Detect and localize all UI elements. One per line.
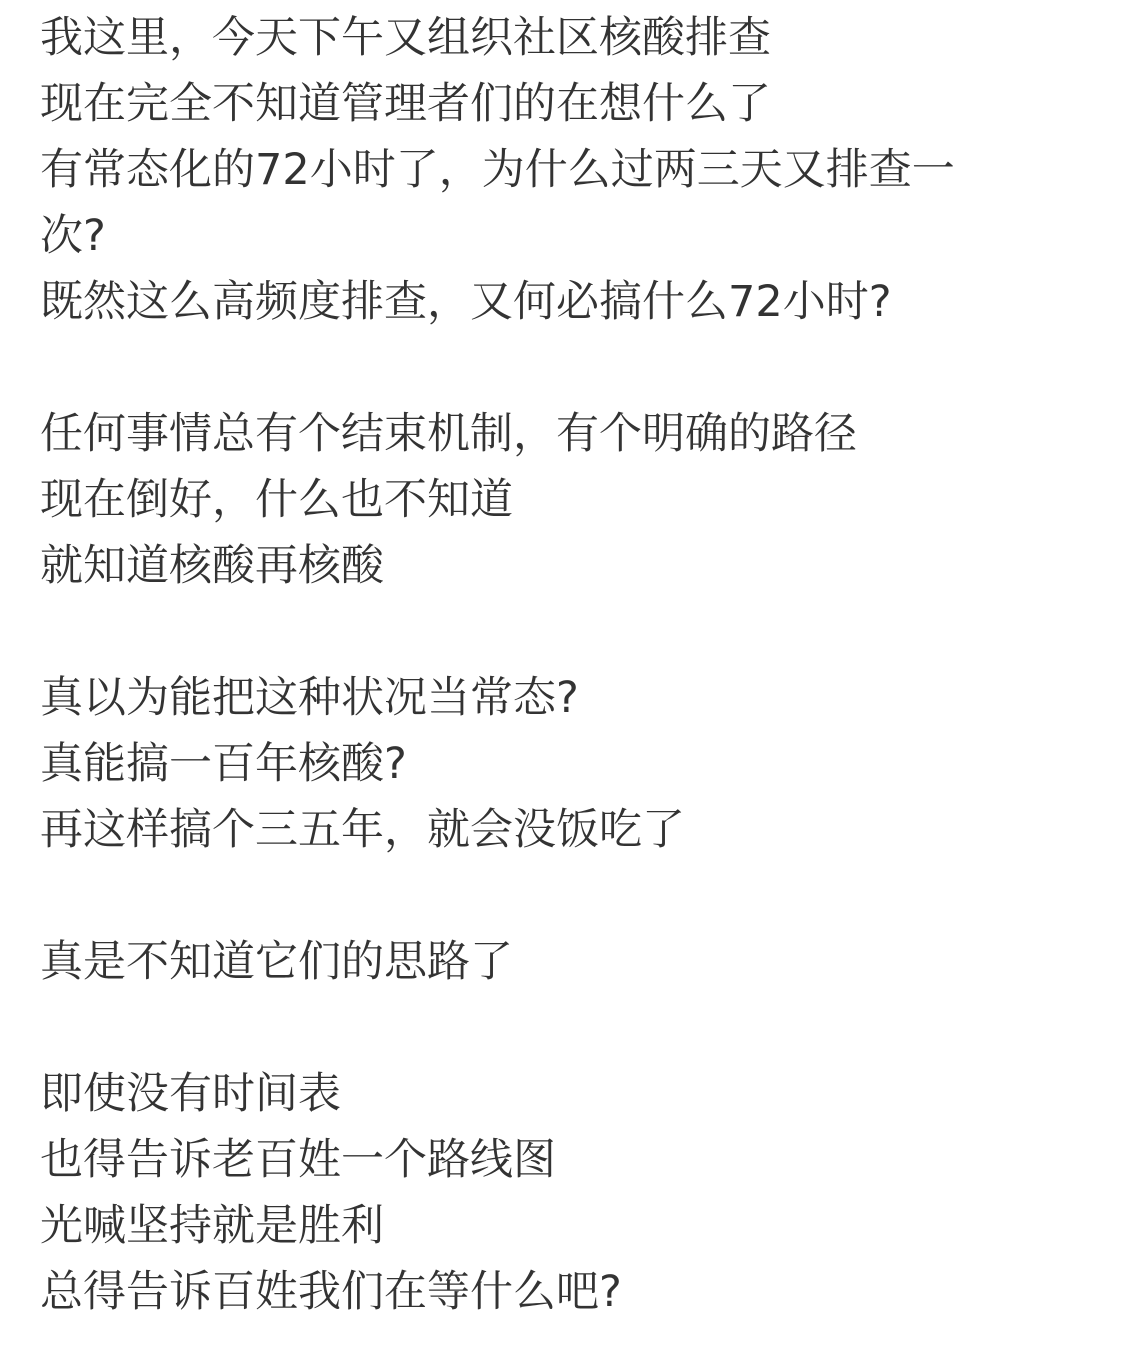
paragraph-2: 任何事情总有个结束机制，有个明确的路径 现在倒好，什么也不知道 就知道核酸再核酸 bbox=[40, 401, 1095, 599]
text-line: 现在倒好，什么也不知道 bbox=[40, 467, 1095, 533]
text-line: 再这样搞个三五年，就会没饭吃了 bbox=[40, 797, 1095, 863]
text-line: 总得告诉百姓我们在等什么吧? bbox=[40, 1259, 1095, 1325]
paragraph-1: 我这里，今天下午又组织社区核酸排查 现在完全不知道管理者们的在想什么了 有常态化… bbox=[40, 5, 1095, 335]
paragraph-spacer bbox=[40, 599, 1095, 665]
text-line: 现在完全不知道管理者们的在想什么了 bbox=[40, 71, 1095, 137]
text-line: 既然这么高频度排查，又何必搞什么72小时? bbox=[40, 269, 1095, 335]
text-line: 真能搞一百年核酸? bbox=[40, 731, 1095, 797]
paragraph-spacer bbox=[40, 863, 1095, 929]
text-line: 即使没有时间表 bbox=[40, 1061, 1095, 1127]
text-line: 任何事情总有个结束机制，有个明确的路径 bbox=[40, 401, 1095, 467]
text-line: 真以为能把这种状况当常态? bbox=[40, 665, 1095, 731]
paragraph-4: 真是不知道它们的思路了 bbox=[40, 929, 1095, 995]
text-line: 有常态化的72小时了，为什么过两三天又排查一 bbox=[40, 137, 1095, 203]
paragraph-5: 即使没有时间表 也得告诉老百姓一个路线图 光喊坚持就是胜利 总得告诉百姓我们在等… bbox=[40, 1061, 1095, 1325]
paragraph-3: 真以为能把这种状况当常态? 真能搞一百年核酸? 再这样搞个三五年，就会没饭吃了 bbox=[40, 665, 1095, 863]
text-line: 就知道核酸再核酸 bbox=[40, 533, 1095, 599]
post-body: 我这里，今天下午又组织社区核酸排查 现在完全不知道管理者们的在想什么了 有常态化… bbox=[40, 5, 1095, 1325]
paragraph-spacer bbox=[40, 995, 1095, 1061]
paragraph-spacer bbox=[40, 335, 1095, 401]
text-line: 次? bbox=[40, 203, 1095, 269]
text-line: 也得告诉老百姓一个路线图 bbox=[40, 1127, 1095, 1193]
text-line: 光喊坚持就是胜利 bbox=[40, 1193, 1095, 1259]
text-line: 真是不知道它们的思路了 bbox=[40, 929, 1095, 995]
text-line: 我这里，今天下午又组织社区核酸排查 bbox=[40, 5, 1095, 71]
